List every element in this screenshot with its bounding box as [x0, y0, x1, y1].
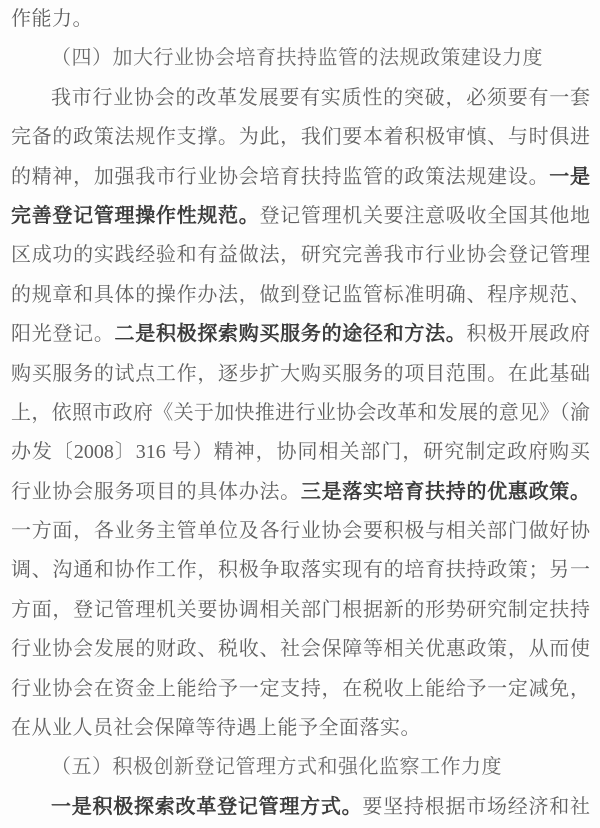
bold-text-run: 三是落实培育扶持的优惠政策。: [301, 481, 590, 503]
document-page: 作能力。（四）加大行业协会培育扶持监管的法规政策建设力度我市行业协会的改革发展要…: [0, 0, 600, 828]
text-line: 一是积极探索改革登记管理方式。要坚持根据市场经济和社: [11, 788, 590, 827]
text-line: 的精神，加强我市行业协会培育扶持监管的政策法规建设。一是: [11, 158, 590, 197]
text-run: 在从业人员社会保障等待遇上能予全面落实。: [11, 717, 421, 739]
text-run: 方面，登记管理机关要协调相关部门根据新的形势研究制定扶持: [11, 599, 590, 621]
text-run: 一方面，各业务主管单位及各行业协会要积极与相关部门做好协: [11, 520, 590, 542]
bold-text-run: 完善登记管理操作性规范。: [11, 205, 259, 227]
text-run: 的精神，加强我市行业协会培育扶持监管的政策法规建设。: [11, 166, 549, 188]
text-line: 阳光登记。二是积极探索购买服务的途径和方法。积极开展政府: [11, 315, 590, 354]
text-run: 要坚持根据市场经济和社: [362, 796, 590, 818]
bold-text-run: 二是积极探索购买服务的途径和方法。: [115, 323, 467, 345]
text-run: 登记管理机关要注意吸收全国其他地: [259, 205, 590, 227]
section-heading: （四）加大行业协会培育扶持监管的法规政策建设力度: [11, 39, 590, 78]
text-line: 调、沟通和协作工作，积极争取落实现有的培育扶持政策；另一: [11, 551, 590, 590]
text-line: 上，依照市政府《关于加快推进行业协会改革和发展的意见》（渝: [11, 394, 590, 433]
text-line: 购买服务的试点工作，逐步扩大购买服务的项目范围。在此基础: [11, 355, 590, 394]
section-heading: （五）积极创新登记管理方式和强化监察工作力度: [11, 748, 590, 787]
text-run: （四）加大行业协会培育扶持监管的法规政策建设力度: [51, 47, 543, 69]
text-line: 我市行业协会的改革发展要有实质性的突破，必须要有一套: [11, 79, 590, 118]
text-line: 行业协会服务项目的具体办法。三是落实培育扶持的优惠政策。: [11, 473, 590, 512]
text-run: （五）积极创新登记管理方式和强化监察工作力度: [51, 756, 502, 778]
text-run: 阳光登记。: [11, 323, 115, 345]
text-line: 方面，登记管理机关要协调相关部门根据新的形势研究制定扶持: [11, 591, 590, 630]
text-run: 积极开展政府: [467, 323, 591, 345]
text-run: 行业协会服务项目的具体办法。: [11, 481, 301, 503]
text-run: 行业协会在资金上能给予一定支持，在税收上能给予一定减免，: [11, 678, 590, 700]
text-line: 完善登记管理操作性规范。登记管理机关要注意吸收全国其他地: [11, 197, 590, 236]
text-run: 我市行业协会的改革发展要有实质性的突破，必须要有一套: [51, 87, 590, 109]
text-line: 作能力。: [11, 0, 590, 39]
text-run: 调、沟通和协作工作，积极争取落实现有的培育扶持政策；另一: [11, 559, 590, 581]
text-run: 作能力。: [11, 8, 93, 30]
text-line: 的规章和具体的操作办法，做到登记监管标准明确、程序规范、: [11, 276, 590, 315]
text-run: 办发〔2008〕316 号）精神，协同相关部门，研究制定政府购买: [11, 441, 590, 463]
text-run: 购买服务的试点工作，逐步扩大购买服务的项目范围。在此基础: [11, 363, 590, 385]
bold-text-run: 一是: [549, 166, 590, 188]
text-line: 在从业人员社会保障等待遇上能予全面落实。: [11, 709, 590, 748]
text-run: 区成功的实践经验和有益做法，研究完善我市行业协会登记管理: [11, 244, 590, 266]
text-line: 行业协会在资金上能给予一定支持，在税收上能给予一定减免，: [11, 670, 590, 709]
bold-text-run: 一是积极探索改革登记管理方式。: [51, 796, 362, 818]
text-run: 行业协会发展的财政、税收、社会保障等相关优惠政策，从而使: [11, 638, 590, 660]
text-line: 区成功的实践经验和有益做法，研究完善我市行业协会登记管理: [11, 236, 590, 275]
text-run: 的规章和具体的操作办法，做到登记监管标准明确、程序规范、: [11, 284, 590, 306]
text-line: 行业协会发展的财政、税收、社会保障等相关优惠政策，从而使: [11, 630, 590, 669]
text-line: 完备的政策法规作支撑。为此，我们要本着积极审慎、与时俱进: [11, 118, 590, 157]
text-line: 办发〔2008〕316 号）精神，协同相关部门，研究制定政府购买: [11, 433, 590, 472]
text-line: 一方面，各业务主管单位及各行业协会要积极与相关部门做好协: [11, 512, 590, 551]
text-run: 上，依照市政府《关于加快推进行业协会改革和发展的意见》（渝: [11, 402, 590, 424]
text-run: 完备的政策法规作支撑。为此，我们要本着积极审慎、与时俱进: [11, 126, 590, 148]
